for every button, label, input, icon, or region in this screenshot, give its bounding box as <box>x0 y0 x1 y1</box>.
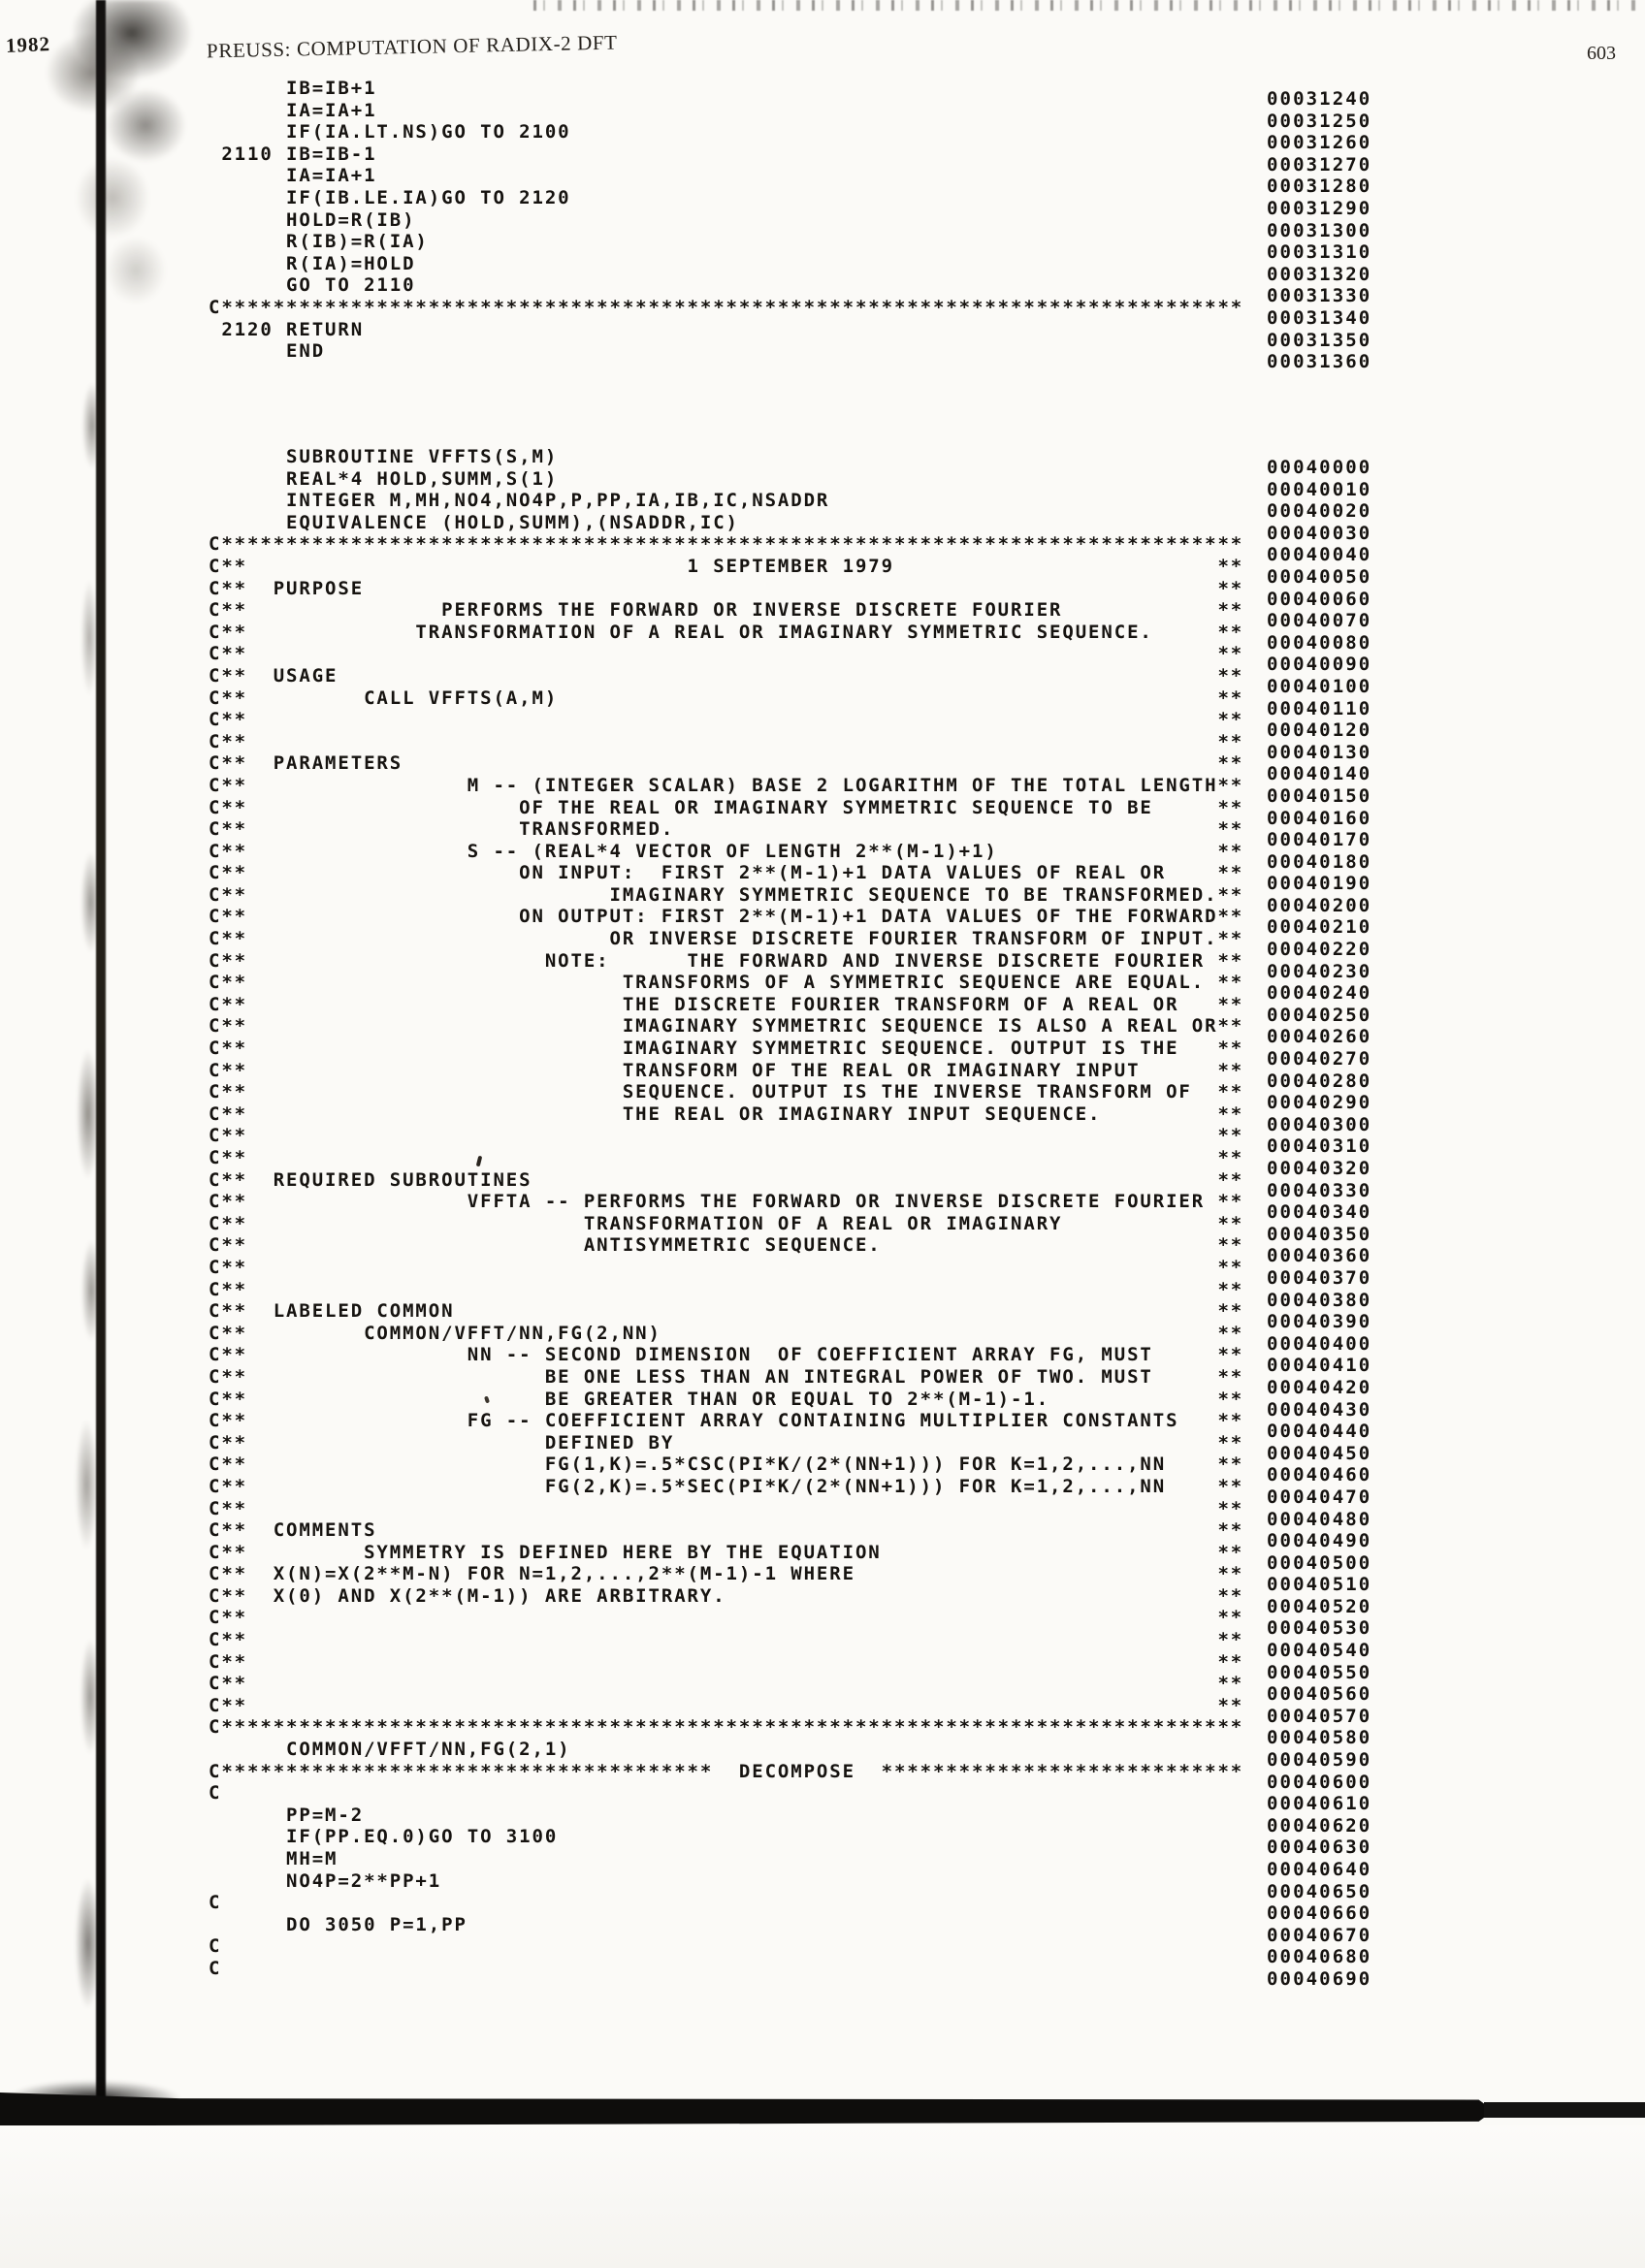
code-text: C** SYMMETRY IS DEFINED HERE BY THE EQUA… <box>209 1542 1243 1563</box>
code-text: C** COMMENTS ** <box>209 1519 1243 1541</box>
code-line: C** **00040320 <box>209 1147 1634 1169</box>
code-line: C** TRANSFORMS OF A SYMMETRIC SEQUENCE A… <box>209 972 1634 994</box>
code-line: COMMON/VFFT/NN,FG(2,1)00040590 <box>209 1739 1634 1761</box>
code-line: C** SEQUENCE. OUTPUT IS THE INVERSE TRAN… <box>209 1081 1634 1103</box>
sequence-number: 00031360 <box>1267 351 1371 373</box>
code-line: C** TRANSFORMATION OF A REAL OR IMAGINAR… <box>209 1213 1634 1235</box>
code-text: COMMON/VFFT/NN,FG(2,1) <box>209 1739 571 1760</box>
code-text: C** ** <box>209 1607 1243 1628</box>
code-text: C** M -- (INTEGER SCALAR) BASE 2 LOGARIT… <box>209 775 1243 796</box>
code-text: C** ANTISYMMETRIC SEQUENCE. ** <box>209 1234 1243 1256</box>
code-text: GO TO 2110 <box>209 274 415 296</box>
code-text: C** IMAGINARY SYMMETRIC SEQUENCE. OUTPUT… <box>209 1038 1243 1059</box>
code-line: C** CALL VFFTS(A,M) **00040110 <box>209 687 1634 710</box>
code-line: C** COMMON/VFFT/NN,FG(2,NN) **00040400 <box>209 1323 1634 1345</box>
code-text: C** IMAGINARY SYMMETRIC SEQUENCE IS ALSO… <box>209 1015 1243 1037</box>
code-line: C** THE DISCRETE FOURIER TRANSFORM OF A … <box>209 994 1634 1016</box>
code-text: C** LABELED COMMON ** <box>209 1300 1243 1322</box>
code-text: DO 3050 P=1,PP <box>209 1914 468 1935</box>
code-line: C** X(N)=X(2**M-N) FOR N=1,2,...,2**(M-1… <box>209 1563 1634 1585</box>
code-text: C** FG(2,K)=.5*SEC(PI*K/(2*(NN+1))) FOR … <box>209 1476 1243 1497</box>
code-text: C** THE DISCRETE FOURIER TRANSFORM OF A … <box>209 994 1243 1015</box>
code-text: C <box>209 1892 221 1913</box>
code-line: C** FG(1,K)=.5*CSC(PI*K/(2*(NN+1))) FOR … <box>209 1453 1634 1476</box>
code-line: C** PURPOSE **00040060 <box>209 578 1634 600</box>
code-text: MH=M <box>209 1848 338 1869</box>
code-text: C************************************** … <box>209 1761 1243 1782</box>
scan-bottom-band <box>0 2092 1494 2125</box>
code-line: C** ON OUTPUT: FIRST 2**(M-1)+1 DATA VAL… <box>209 906 1634 928</box>
code-text: C** NOTE: THE FORWARD AND INVERSE DISCRE… <box>209 950 1243 972</box>
code-line: END00031360 <box>209 340 1634 363</box>
code-line: C** OR INVERSE DISCRETE FOURIER TRANSFOR… <box>209 928 1634 950</box>
code-line: NO4P=2**PP+100040650 <box>209 1870 1634 1893</box>
code-text: C** REQUIRED SUBROUTINES ** <box>209 1169 1243 1191</box>
code-line: C** NN -- SECOND DIMENSION OF COEFFICIEN… <box>209 1344 1634 1366</box>
code-line: C** LABELED COMMON **00040390 <box>209 1300 1634 1323</box>
code-text: C** TRANSFORMATION OF A REAL OR IMAGINAR… <box>209 622 1243 643</box>
code-text: R(IB)=R(IA) <box>209 231 429 252</box>
code-line: PP=M-200040620 <box>209 1805 1634 1827</box>
code-text: IA=IA+1 <box>209 100 376 121</box>
code-line: C** **00040530 <box>209 1607 1634 1629</box>
code-text: C** TRANSFORMATION OF A REAL OR IMAGINAR… <box>209 1213 1243 1234</box>
running-head: PREUSS: COMPUTATION OF RADIX-2 DFT <box>207 31 618 64</box>
code-line: C** **00040550 <box>209 1651 1634 1674</box>
code-line: C00040690 <box>209 1958 1634 1980</box>
code-line: C** 1 SEPTEMBER 1979 **00040050 <box>209 556 1634 578</box>
code-line: C** FG -- COEFFICIENT ARRAY CONTAINING M… <box>209 1410 1634 1432</box>
code-line: REAL*4 HOLD,SUMM,S(1)00040010 <box>209 468 1634 491</box>
code-line: C** PERFORMS THE FORWARD OR INVERSE DISC… <box>209 599 1634 622</box>
code-line: C** **00040560 <box>209 1673 1634 1695</box>
code-line: C** PARAMETERS **00040140 <box>209 752 1634 775</box>
code-text: C***************************************… <box>209 1716 1243 1738</box>
code-text: IF(IA.LT.NS)GO TO 2100 <box>209 121 571 143</box>
code-text: IA=IA+1 <box>209 165 376 186</box>
scan-area-below-page <box>0 2125 1645 2268</box>
code-text: C** ** <box>209 643 1243 664</box>
code-line: C00040660 <box>209 1892 1634 1914</box>
code-text: INTEGER M,MH,NO4,NO4P,P,PP,IA,IB,IC,NSAD… <box>209 490 829 511</box>
code-line: C** FG(2,K)=.5*SEC(PI*K/(2*(NN+1))) FOR … <box>209 1476 1634 1498</box>
code-text: C** VFFTA -- PERFORMS THE FORWARD OR INV… <box>209 1191 1243 1212</box>
code-line: C** IMAGINARY SYMMETRIC SEQUENCE TO BE T… <box>209 884 1634 907</box>
code-text: C** ** <box>209 1257 1243 1278</box>
code-line: C** X(0) AND X(2**(M-1)) ARE ARBITRARY. … <box>209 1585 1634 1608</box>
code-line: C** TRANSFORMATION OF A REAL OR IMAGINAR… <box>209 622 1634 644</box>
code-text: C** X(N)=X(2**M-N) FOR N=1,2,...,2**(M-1… <box>209 1563 1243 1584</box>
code-text: C** PURPOSE ** <box>209 578 1243 599</box>
fortran-listing-block-subroutine-vffts: SUBROUTINE VFFTS(S,M)00040000 REAL*4 HOL… <box>209 446 1634 1980</box>
fortran-listing-block-end-of-previous-subroutine: IB=IB+100031240 IA=IA+100031250 IF(IA.LT… <box>209 78 1634 363</box>
code-text: C** ** <box>209 709 1243 730</box>
code-line: C** S -- (REAL*4 VECTOR OF LENGTH 2**(M-… <box>209 841 1634 863</box>
margin-year: 1982 <box>5 32 50 58</box>
code-line: GO TO 211000031330 <box>209 274 1634 297</box>
code-line: C** **00040310 <box>209 1125 1634 1147</box>
code-line: IB=IB+100031240 <box>209 78 1634 100</box>
code-text: C <box>209 1935 221 1957</box>
code-text: C** ON INPUT: FIRST 2**(M-1)+1 DATA VALU… <box>209 862 1243 883</box>
code-line: HOLD=R(IB)00031300 <box>209 209 1634 232</box>
code-text: C** TRANSFORM OF THE REAL OR IMAGINARY I… <box>209 1060 1243 1081</box>
code-line: C** TRANSFORM OF THE REAL OR IMAGINARY I… <box>209 1060 1634 1082</box>
code-text: C***************************************… <box>209 297 1243 318</box>
code-text: REAL*4 HOLD,SUMM,S(1) <box>209 468 558 490</box>
code-text: C** FG -- COEFFICIENT ARRAY CONTAINING M… <box>209 1410 1243 1431</box>
code-line: R(IA)=HOLD00031320 <box>209 253 1634 275</box>
code-text: C** X(0) AND X(2**(M-1)) ARE ARBITRARY. … <box>209 1585 1243 1607</box>
code-line: C** ANTISYMMETRIC SEQUENCE. **00040360 <box>209 1234 1634 1257</box>
code-text: C** ** <box>209 1629 1243 1650</box>
code-line: IF(IB.LE.IA)GO TO 212000031290 <box>209 187 1634 209</box>
code-text: C** COMMON/VFFT/NN,FG(2,NN) ** <box>209 1323 1243 1344</box>
code-text: C** OF THE REAL OR IMAGINARY SYMMETRIC S… <box>209 797 1243 818</box>
code-text: C** PARAMETERS ** <box>209 752 1243 774</box>
code-line: C***************************************… <box>209 1716 1634 1739</box>
code-text: C** USAGE ** <box>209 665 1243 687</box>
code-text: C** ** <box>209 1498 1243 1519</box>
code-line: C** **00040370 <box>209 1257 1634 1279</box>
code-line: C** SYMMETRY IS DEFINED HERE BY THE EQUA… <box>209 1542 1634 1564</box>
code-line: C** USAGE **00040100 <box>209 665 1634 687</box>
code-text: C** ** <box>209 1279 1243 1300</box>
code-line: C** REQUIRED SUBROUTINES **00040330 <box>209 1169 1634 1192</box>
code-line: C** COMMENTS **00040490 <box>209 1519 1634 1542</box>
code-line: INTEGER M,MH,NO4,NO4P,P,PP,IA,IB,IC,NSAD… <box>209 490 1634 512</box>
code-line: C** IMAGINARY SYMMETRIC SEQUENCE. OUTPUT… <box>209 1038 1634 1060</box>
sequence-number: 00040690 <box>1267 1968 1371 1991</box>
code-line: C00040610 <box>209 1782 1634 1805</box>
code-text: NO4P=2**PP+1 <box>209 1870 441 1892</box>
code-line: 2120 RETURN00031350 <box>209 319 1634 341</box>
code-text: HOLD=R(IB) <box>209 209 415 231</box>
code-line: IF(PP.EQ.0)GO TO 310000040630 <box>209 1826 1634 1848</box>
code-text: C** S -- (REAL*4 VECTOR OF LENGTH 2**(M-… <box>209 841 1243 862</box>
code-text: C** BE GREATER THAN OR EQUAL TO 2**(M-1)… <box>209 1389 1243 1410</box>
code-text: C** FG(1,K)=.5*CSC(PI*K/(2*(NN+1))) FOR … <box>209 1453 1243 1475</box>
code-text: C** ** <box>209 1673 1243 1694</box>
scan-bottom-band-extension <box>1484 2102 1645 2118</box>
code-text: IF(IB.LE.IA)GO TO 2120 <box>209 187 571 208</box>
code-text: C <box>209 1958 221 1979</box>
code-line: C***************************************… <box>209 533 1634 556</box>
code-text: C** CALL VFFTS(A,M) ** <box>209 687 1243 709</box>
code-line: C** ON INPUT: FIRST 2**(M-1)+1 DATA VALU… <box>209 862 1634 884</box>
code-text: C** NN -- SECOND DIMENSION OF COEFFICIEN… <box>209 1344 1243 1365</box>
code-line: IA=IA+100031280 <box>209 165 1634 187</box>
code-line: DO 3050 P=1,PP00040670 <box>209 1914 1634 1936</box>
code-text: C** SEQUENCE. OUTPUT IS THE INVERSE TRAN… <box>209 1081 1243 1102</box>
code-line: C** **00040570 <box>209 1695 1634 1717</box>
code-line: 2110 IB=IB-100031270 <box>209 144 1634 166</box>
code-text: C** OR INVERSE DISCRETE FOURIER TRANSFOR… <box>209 928 1243 949</box>
code-text: 2110 IB=IB-1 <box>209 144 376 165</box>
code-text: C** TRANSFORMED. ** <box>209 818 1243 840</box>
code-line: C** **00040480 <box>209 1498 1634 1520</box>
code-line: C** **00040120 <box>209 709 1634 731</box>
code-text: EQUIVALENCE (HOLD,SUMM),(NSADDR,IC) <box>209 512 739 533</box>
code-line: C** M -- (INTEGER SCALAR) BASE 2 LOGARIT… <box>209 775 1634 797</box>
binding-smudge-column <box>72 320 99 2085</box>
code-line: C** IMAGINARY SYMMETRIC SEQUENCE IS ALSO… <box>209 1015 1634 1038</box>
code-line: IF(IA.LT.NS)GO TO 210000031260 <box>209 121 1634 144</box>
code-line: C************************************** … <box>209 1761 1634 1783</box>
code-text: C** ** <box>209 1147 1243 1168</box>
code-text: C** THE REAL OR IMAGINARY INPUT SEQUENCE… <box>209 1103 1243 1125</box>
code-text: C** 1 SEPTEMBER 1979 ** <box>209 556 1243 577</box>
code-text: C***************************************… <box>209 533 1243 555</box>
code-line: C00040680 <box>209 1935 1634 1958</box>
code-line: C** VFFTA -- PERFORMS THE FORWARD OR INV… <box>209 1191 1634 1213</box>
code-text: C <box>209 1782 221 1804</box>
scan-edge-noise-top <box>533 0 1645 11</box>
code-line: SUBROUTINE VFFTS(S,M)00040000 <box>209 446 1634 468</box>
code-text: C** ** <box>209 1695 1243 1716</box>
code-line: C** BE ONE LESS THAN AN INTEGRAL POWER O… <box>209 1366 1634 1389</box>
code-line: EQUIVALENCE (HOLD,SUMM),(NSADDR,IC)00040… <box>209 512 1634 534</box>
code-text: IB=IB+1 <box>209 78 376 99</box>
page-number: 603 <box>1587 43 1616 65</box>
code-line: C** **00040090 <box>209 643 1634 665</box>
code-text: END <box>209 340 325 362</box>
code-text: C** PERFORMS THE FORWARD OR INVERSE DISC… <box>209 599 1243 621</box>
code-text: C** ** <box>209 1125 1243 1146</box>
code-text: 2120 RETURN <box>209 319 364 340</box>
code-line: C** DEFINED BY **00040450 <box>209 1432 1634 1454</box>
code-line: C** **00040380 <box>209 1279 1634 1301</box>
code-line: C** **00040540 <box>209 1629 1634 1651</box>
code-line: C** TRANSFORMED. **00040170 <box>209 818 1634 841</box>
code-line: C** BE GREATER THAN OR EQUAL TO 2**(M-1)… <box>209 1389 1634 1411</box>
code-line: C** THE REAL OR IMAGINARY INPUT SEQUENCE… <box>209 1103 1634 1126</box>
code-text: C** ** <box>209 731 1243 752</box>
code-line: C** NOTE: THE FORWARD AND INVERSE DISCRE… <box>209 950 1634 973</box>
code-line: C** **00040130 <box>209 731 1634 753</box>
code-text: C** TRANSFORMS OF A SYMMETRIC SEQUENCE A… <box>209 972 1243 993</box>
code-line: C** OF THE REAL OR IMAGINARY SYMMETRIC S… <box>209 797 1634 819</box>
code-text: PP=M-2 <box>209 1805 364 1826</box>
code-text: C** IMAGINARY SYMMETRIC SEQUENCE TO BE T… <box>209 884 1243 906</box>
code-text: C** ** <box>209 1651 1243 1673</box>
code-text: C** DEFINED BY ** <box>209 1432 1243 1453</box>
code-line: C***************************************… <box>209 297 1634 319</box>
code-text: R(IA)=HOLD <box>209 253 415 274</box>
code-text: IF(PP.EQ.0)GO TO 3100 <box>209 1826 558 1847</box>
code-line: MH=M00040640 <box>209 1848 1634 1870</box>
code-text: C** ON OUTPUT: FIRST 2**(M-1)+1 DATA VAL… <box>209 906 1243 927</box>
code-line: IA=IA+100031250 <box>209 100 1634 122</box>
code-text: C** BE ONE LESS THAN AN INTEGRAL POWER O… <box>209 1366 1243 1388</box>
code-line: R(IB)=R(IA)00031310 <box>209 231 1634 253</box>
code-text: SUBROUTINE VFFTS(S,M) <box>209 446 558 467</box>
